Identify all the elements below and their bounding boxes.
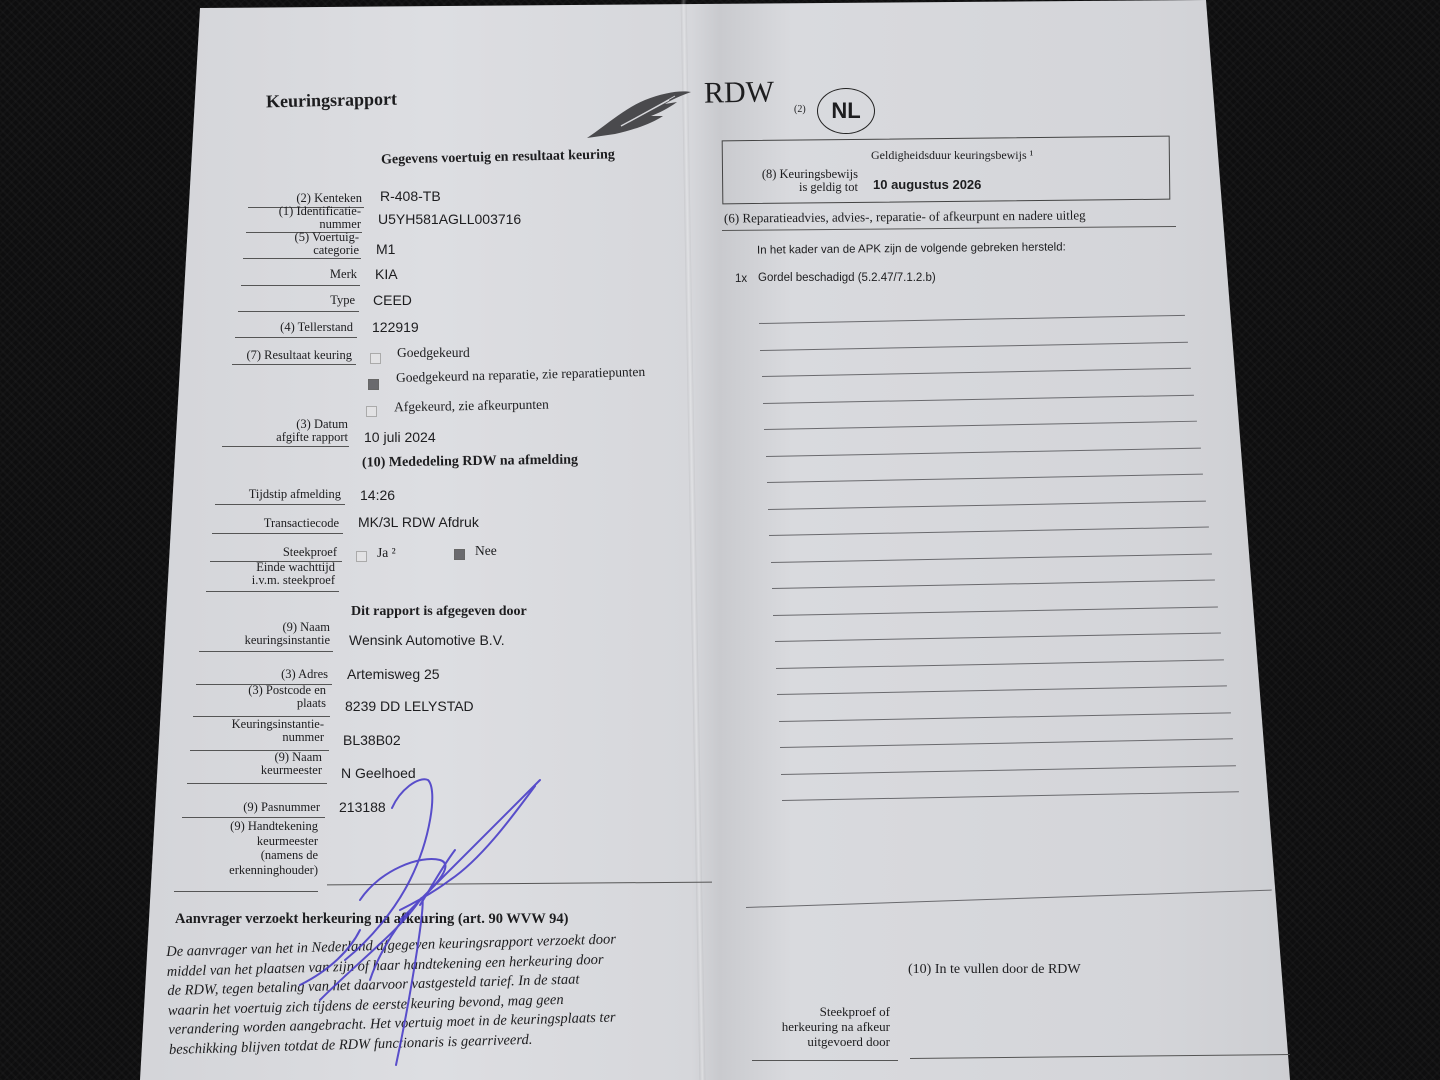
rule: [174, 891, 318, 892]
feather-logo-icon: [585, 86, 695, 142]
document-title: Keuringsrapport: [266, 89, 397, 113]
postcode-value: 8239 DD LELYSTAD: [345, 698, 474, 714]
country-code-oval: NL: [817, 88, 875, 134]
rule: [232, 364, 356, 365]
tellerstand-value: 122919: [372, 319, 419, 335]
rule: [241, 285, 360, 286]
mededeling-heading: (10) Mededeling RDW na afmelding: [362, 452, 578, 471]
ident-label: (1) Identificatie-nummer: [231, 205, 361, 231]
postcode-label: (3) Postcode enplaats: [196, 684, 326, 710]
reparatie-item-text: Gordel beschadigd (5.2.47/7.1.2.b): [758, 272, 936, 284]
rule: [752, 1060, 898, 1061]
wachttijd-label: Einde wachttijdi.v.m. steekproef: [205, 561, 335, 587]
afgegeven-heading: Dit rapport is afgegeven door: [351, 604, 527, 620]
adres-label: (3) Adres: [198, 668, 328, 681]
herkeuring-heading: Aanvrager verzoekt herkeuring na afkeuri…: [175, 911, 568, 928]
rule: [238, 311, 359, 312]
rdw-fill-heading: (10) In te vullen door de RDW: [908, 962, 1081, 978]
resultaat-label: (7) Resultaat keuring: [222, 349, 352, 362]
steekproef-label: Steekproef: [207, 546, 337, 559]
merk-value: KIA: [375, 266, 398, 282]
type-label: Type: [225, 294, 355, 307]
result-checkbox-afgekeurd[interactable]: [366, 406, 377, 417]
rule: [187, 783, 327, 784]
rdw-fill-label: Steekproef ofherkeuring na afkeuruitgevo…: [760, 1004, 890, 1049]
instantienummer-value: BL38B02: [343, 732, 401, 748]
rule: [199, 651, 333, 652]
rule: [182, 817, 325, 818]
reparatie-heading: (6) Reparatieadvies, advies-, reparatie-…: [724, 207, 1086, 226]
merk-label: Merk: [227, 268, 357, 281]
keurmeester-label: (9) Naamkeurmeester: [192, 751, 322, 777]
rule: [206, 591, 339, 592]
categorie-label: (5) Voertuig-categorie: [229, 231, 359, 257]
instantienummer-label: Keuringsinstantie-nummer: [194, 718, 324, 744]
tijdstip-value: 14:26: [360, 487, 395, 503]
transactie-value: MK/3L RDW Afdruk: [358, 514, 479, 530]
tellerstand-label: (4) Tellerstand: [223, 321, 353, 334]
rule: [215, 504, 345, 505]
ident-value: U5YH581AGLL003716: [378, 211, 521, 227]
pasnummer-value: 213188: [339, 799, 386, 815]
steekproef-ja-checkbox[interactable]: [356, 551, 367, 562]
instantie-naam-label: (9) Naamkeuringsinstantie: [200, 621, 330, 647]
keurmeester-value: N Geelhoed: [341, 765, 416, 781]
rule: [212, 533, 343, 534]
tijdstip-label: Tijdstip afmelding: [211, 488, 341, 501]
pasnummer-label: (9) Pasnummer: [190, 801, 320, 814]
country-prefix: (2): [794, 104, 806, 115]
result-option-afgekeurd: Afgekeurd, zie afkeurpunten: [394, 397, 549, 416]
geldigheid-label: (8) Keuringsbewijsis geldig tot: [728, 168, 858, 194]
categorie-value: M1: [376, 241, 395, 257]
result-checkbox-na-reparatie[interactable]: [368, 379, 379, 390]
rule: [222, 446, 349, 447]
rule: [243, 258, 361, 259]
transactie-label: Transactiecode: [209, 517, 339, 530]
geldigheid-value: 10 augustus 2026: [873, 177, 981, 192]
rule: [235, 337, 357, 338]
result-option-goedgekeurd: Goedgekeurd: [397, 345, 470, 361]
reparatie-item-qty: 1x: [735, 273, 747, 285]
handtekening-label: (9) Handtekeningkeurmeester(namens deerk…: [188, 819, 318, 877]
herkeuring-paragraph: De aanvrager van het in Nederland afgege…: [166, 930, 619, 1060]
adres-value: Artemisweg 25: [347, 666, 440, 682]
type-value: CEED: [373, 292, 412, 308]
datum-label: (3) Datumafgifte rapport: [218, 418, 348, 444]
datum-value: 10 juli 2024: [364, 429, 436, 445]
result-checkbox-goedgekeurd[interactable]: [370, 353, 381, 364]
steekproef-ja-label: Ja ²: [377, 545, 396, 561]
rdw-logo: RDW: [704, 75, 775, 110]
geldigheid-heading: Geldigheidsduur keuringsbewijs ¹: [871, 148, 1033, 163]
steekproef-nee-label: Nee: [475, 543, 497, 559]
kenteken-value: R-408-TB: [380, 188, 441, 204]
instantie-naam-value: Wensink Automotive B.V.: [349, 632, 505, 648]
steekproef-nee-checkbox[interactable]: [454, 549, 465, 560]
